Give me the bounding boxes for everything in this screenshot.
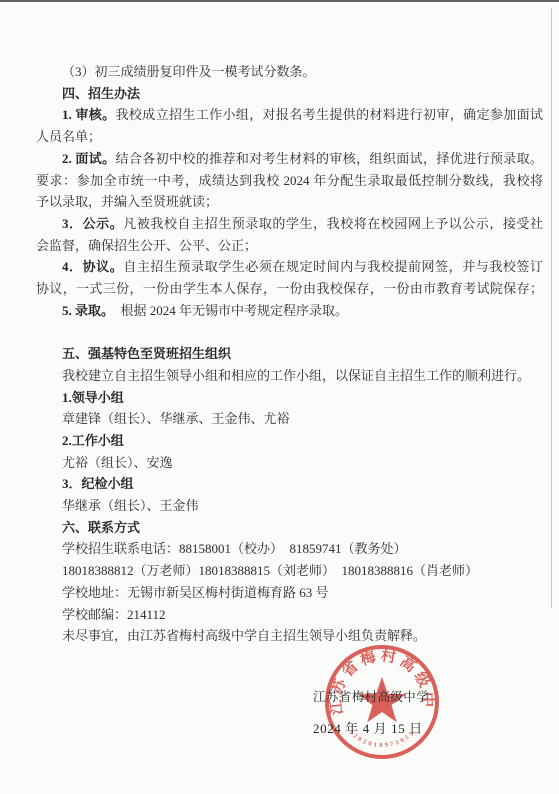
group-heading: 3．纪检小组 xyxy=(36,473,543,495)
doc-line: 协议，一式三份，一份由学生本人保存，一份由我校保存，一份由市教育考试院保存； xyxy=(36,278,543,300)
doc-line: （3）初三成绩册复印件及一模考试分数条。 xyxy=(36,61,543,83)
group-heading: 1.领导小组 xyxy=(36,387,543,409)
doc-line: 4．协议。自主招生预录取学生必须在规定时间内与我校提前网签，并与我校签订 xyxy=(36,256,543,278)
item-lead: 2. 面试。 xyxy=(62,151,115,166)
scan-artifact-right xyxy=(551,8,552,608)
section-heading: 六、联系方式 xyxy=(36,517,543,539)
scan-artifact-top xyxy=(0,0,559,2)
item-lead: 3．公示。 xyxy=(62,216,123,231)
doc-line: 1. 审核。我校成立招生工作小组，对报名考生提供的材料进行初审，确定参加面试 xyxy=(36,104,543,126)
doc-line-text: 我校成立招生工作小组，对报名考生提供的材料进行初审，确定参加面试 xyxy=(115,107,543,122)
doc-line: 要求：参加全市统一中考，成绩达到我校 2024 年分配生录取最低控制分数线，我校… xyxy=(36,170,543,192)
doc-line-text: 结合各初中校的推荐和对考生材料的审核，组织面试，择优进行预录取。 xyxy=(115,151,543,166)
section-heading: 四、招生办法 xyxy=(36,83,543,105)
contact-zip-line: 学校邮编：214112 xyxy=(36,604,543,626)
item-lead: 4．协议。 xyxy=(62,259,123,274)
section-heading: 五、强基特色至贤班招生组织 xyxy=(36,343,543,365)
signature-school: 江苏省梅村高级中学 xyxy=(313,687,429,705)
doc-line: 3．公示。凡被我校自主招生预录取的学生，我校将在校园网上予以公示，接受社 xyxy=(36,213,543,235)
contact-address-line: 学校地址：无锡市新吴区梅村街道梅育路 63 号 xyxy=(36,582,543,604)
doc-line: 2. 面试。结合各初中校的推荐和对考生材料的审核，组织面试，择优进行预录取。 xyxy=(36,148,543,170)
doc-line: 5. 录取。 根据 2024 年无锡市中考规定程序录取。 xyxy=(36,300,543,322)
doc-line: 会监督，确保招生公开、公平、公正； xyxy=(36,235,543,257)
doc-line: 章建锋（组长）、华继承、王金伟、尤裕 xyxy=(36,408,543,430)
contact-phone-line: 学校招生联系电话：88158001（校办） 81859741（教务处） xyxy=(36,538,543,560)
doc-line: 我校建立自主招生领导小组和相应的工作小组，以保证自主招生工作的顺利进行。 xyxy=(36,365,543,387)
doc-line-text: 自主招生预录取学生必须在规定时间内与我校提前网签，并与我校签订 xyxy=(123,259,543,274)
signature-date: 2024 年 4 月 15 日 xyxy=(313,718,429,737)
contact-mobile-line: 18018388812（万老师）18018388815（刘老师） 1801838… xyxy=(36,560,543,582)
blank-line xyxy=(36,321,543,343)
item-lead: 5. 录取。 xyxy=(62,303,108,318)
document-body: （3）初三成绩册复印件及一模考试分数条。 四、招生办法 1. 审核。我校成立招生… xyxy=(36,61,543,647)
doc-line: 华继承（组长）、王金伟 xyxy=(36,495,543,517)
item-lead: 1. 审核。 xyxy=(62,107,115,122)
doc-line: 予以录取，并编入至贤班就读； xyxy=(36,191,543,213)
doc-line: 人员名单； xyxy=(36,126,543,148)
signature-block: 江苏省梅村高级中学 2024 年 4 月 15 日 xyxy=(313,687,429,737)
group-heading: 2.工作小组 xyxy=(36,430,543,452)
doc-line-text: 凡被我校自主招生预录取的学生，我校将在校园网上予以公示，接受社 xyxy=(123,216,543,231)
doc-line: 未尽事宜，由江苏省梅村高级中学自主招生领导小组负责解释。 xyxy=(36,625,543,647)
doc-line-text: 根据 2024 年无锡市中考规定程序录取。 xyxy=(108,303,349,318)
doc-line: 尤裕（组长）、安逸 xyxy=(36,452,543,474)
